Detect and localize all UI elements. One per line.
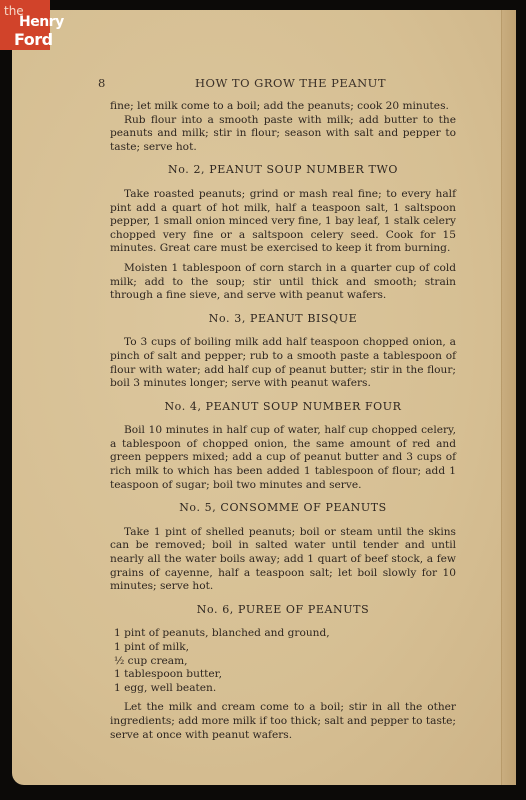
continuation-text: Rub flour into a smooth paste with milk;… [110,114,456,155]
running-title: HOW TO GROW THE PEANUT [195,76,386,90]
henry-ford-logo: the Henry Ford [0,0,50,50]
recipe-paragraph: To 3 cups of boiling milk add half teasp… [110,336,456,390]
recipe-paragraph: Moisten 1 tablespoon of corn starch in a… [110,262,456,303]
recipe-heading: No. 3, PEANUT BISQUE [110,312,456,326]
continuation-text: fine; let milk come to a boil; add the p… [110,100,456,114]
page-edge [501,10,516,785]
recipe-heading: No. 5, CONSOMME OF PEANUTS [110,501,456,515]
recipe-heading: No. 4, PEANUT SOUP NUMBER FOUR [110,400,456,414]
ingredient-line: ½ cup cream, [110,655,456,669]
recipe-paragraph: Take 1 pint of shelled peanuts; boil or … [110,526,456,594]
recipe-paragraph: Take roasted peanuts; grind or mash real… [110,188,456,256]
recipe-paragraph: Let the milk and cream come to a boil; s… [110,701,456,742]
ingredient-line: 1 pint of milk, [110,641,456,655]
page-number: 8 [98,76,106,90]
ingredient-line: 1 pint of peanuts, blanched and ground, [110,627,456,641]
recipe-heading: No. 2, PEANUT SOUP NUMBER TWO [110,163,456,177]
logo-ford: Ford [14,30,53,49]
page-body: fine; let milk come to a boil; add the p… [110,100,456,742]
recipe-heading: No. 6, PUREE OF PEANUTS [110,603,456,617]
logo-henry: Henry [19,14,64,30]
ingredient-line: 1 egg, well beaten. [110,682,456,696]
ingredient-line: 1 tablespoon butter, [110,668,456,682]
recipe-paragraph: Boil 10 minutes in half cup of water, ha… [110,424,456,492]
